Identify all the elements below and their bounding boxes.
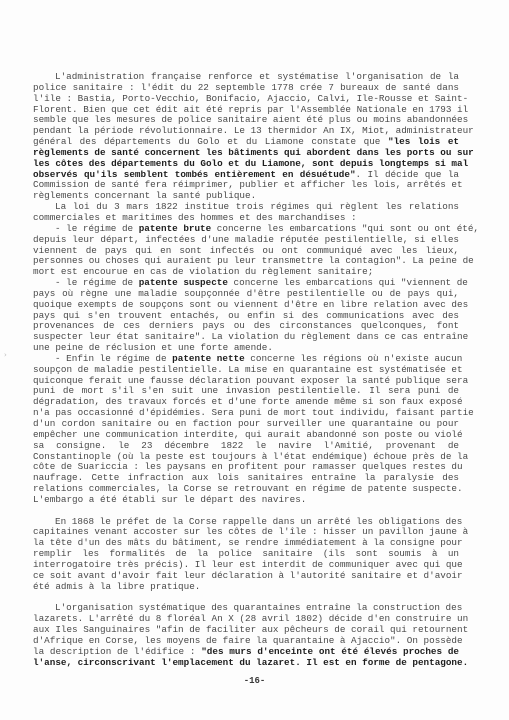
body-text: L'administration française renforce et s…: [33, 72, 459, 668]
text-run: En 1868 le préfet de la Corse rappelle d…: [55, 516, 462, 527]
text-run: quiconque ferait une fausse déclaration …: [33, 375, 468, 386]
text-run: n'a pas occasionné d'épidémies. Sera pun…: [33, 407, 474, 418]
text-run: la tête d'un des mâts du bâtiment, se re…: [33, 537, 463, 548]
text-run: - le régime de: [55, 223, 139, 234]
text-run: - Enfin le régime de: [55, 353, 172, 364]
text-run: capitaines venant accoster sur les côtes…: [33, 526, 468, 537]
paragraph-p4: L'organisation systématique des quaranta…: [33, 603, 459, 668]
text-run: général des départements du Golo et du L…: [33, 136, 388, 147]
bold-text: règlements de santé concernent les bâtim…: [33, 147, 474, 158]
paragraph-p2: La loi du 3 mars 1822 institue trois rég…: [33, 202, 459, 506]
text-run: lazarets. L'arrêté du 8 floréal An X (28…: [33, 613, 468, 624]
paragraph-p3: En 1868 le préfet de la Corse rappelle d…: [33, 517, 459, 593]
text-run: viennent de pays qui en sont infectés ou…: [33, 245, 459, 256]
document-page: › L'administration française renforce et…: [0, 0, 509, 720]
text-run: soupçon de maladie pestilentielle. La mi…: [33, 364, 463, 375]
page-number: -16-: [0, 676, 509, 686]
text-run: quoique exempts de soupçons sont ou vien…: [33, 299, 468, 310]
text-run: La loi du 3 mars 1822 institue trois rég…: [55, 201, 459, 212]
text-line: L'embargo a été établi sur le départ des…: [33, 495, 459, 506]
text-run: sa consigne. le 23 décembre 1822 le navi…: [33, 440, 459, 451]
text-run: relations commerciales, la Corse se retr…: [33, 483, 463, 494]
text-run: provenances de ces derniers pays ou des …: [33, 320, 459, 331]
text-run: commerciales et maritimes des hommes et …: [33, 212, 357, 223]
text-run: règlements concernant la santé publique.: [33, 190, 256, 201]
text-run: concerne les embarcations "qui sont ou o…: [211, 223, 479, 234]
text-run: empêcher une communication interdite, qu…: [33, 429, 463, 440]
text-run: L'organisation systématique des quaranta…: [55, 602, 462, 613]
text-run: d'un cordon sanitaire ou en faction pour…: [33, 418, 459, 429]
text-run: - le régime de: [55, 277, 139, 288]
text-run: Florent. Bien que cet édit ait été repri…: [33, 104, 468, 115]
paragraph-p1: L'administration française renforce et s…: [33, 72, 459, 202]
bold-text: l'anse, circonscrivant l'emplacement du …: [33, 657, 468, 668]
text-run: concerne les régions où n'existe aucun: [245, 353, 463, 364]
text-run: semble que les mesures de police sanitai…: [33, 114, 468, 125]
text-run: la description de l'édifice :: [33, 646, 201, 657]
text-run: concerne les embarcations qui "viennent …: [228, 277, 468, 288]
text-run: mort est encourue en cas de violation du…: [33, 266, 373, 277]
text-run: Commission de santé fera réimprimer, pub…: [33, 179, 463, 190]
text-run: côte de Suariccia : les paysans en profi…: [33, 461, 463, 472]
text-run: police sanitaire : l'édit du 22 septembl…: [33, 82, 459, 93]
text-run: Constantinople (où la peste est toujours…: [33, 451, 468, 462]
margin-mark: ›: [4, 351, 7, 359]
text-run: L'embargo a été établi sur le départ des…: [33, 494, 306, 505]
bold-text: les côtes des départements du Golo et du…: [33, 158, 468, 169]
text-run: dégradation, des travaux forcés et d'une…: [33, 396, 463, 407]
bold-text: patente suspecte: [139, 277, 228, 288]
text-run: pays qui s'en trouvent entachés, ou enfi…: [33, 310, 459, 321]
text-line: été admis à la libre pratique.: [33, 582, 459, 593]
bold-text: observés qu'ils semblent tombés entièrem…: [33, 169, 356, 180]
text-run: pays où règne une maladie soupçonnée d'ê…: [33, 288, 459, 299]
text-run: une peine de réclusion et une forte amen…: [33, 342, 273, 353]
bold-text: patente nette: [172, 353, 245, 364]
bold-text: "les lois et: [388, 136, 459, 147]
text-run: interrogatoire très précis). Il leur est…: [33, 559, 463, 570]
text-run: pendant la période révolutionnaire. Le 1…: [33, 125, 474, 136]
text-run: depuis leur départ, infectées d'une mala…: [33, 234, 459, 245]
bold-text: "des murs d'enceinte ont été élevés proc…: [201, 646, 459, 657]
bold-text: patente brute: [139, 223, 212, 234]
text-line: l'anse, circonscrivant l'emplacement du …: [33, 658, 459, 669]
text-run: aux Iles Sanguinaires "afin de faciliter…: [33, 624, 468, 635]
text-run: L'administration française renforce et s…: [55, 71, 459, 82]
text-run: suspecter leur état sanitaire". La viola…: [33, 331, 468, 342]
text-run: été admis à la libre pratique.: [33, 581, 200, 592]
text-run: naufrage. Cette infraction aux lois sani…: [33, 472, 459, 483]
text-run: ce soit avant d'avoir fait leur déclarat…: [33, 570, 463, 581]
text-run: . Il décide que la: [356, 169, 459, 180]
text-run: remplir les formalités de la police sani…: [33, 548, 459, 559]
text-run: d'Afrique en Corse, les moyens de faire …: [33, 635, 463, 646]
text-run: puni de mort s'il s'en suit une invasion…: [33, 385, 459, 396]
text-run: l'île : Bastia, Porto-Vecchio, Bonifacio…: [33, 93, 468, 104]
text-run: personnes ou choses qui auraient pu leur…: [33, 255, 474, 266]
